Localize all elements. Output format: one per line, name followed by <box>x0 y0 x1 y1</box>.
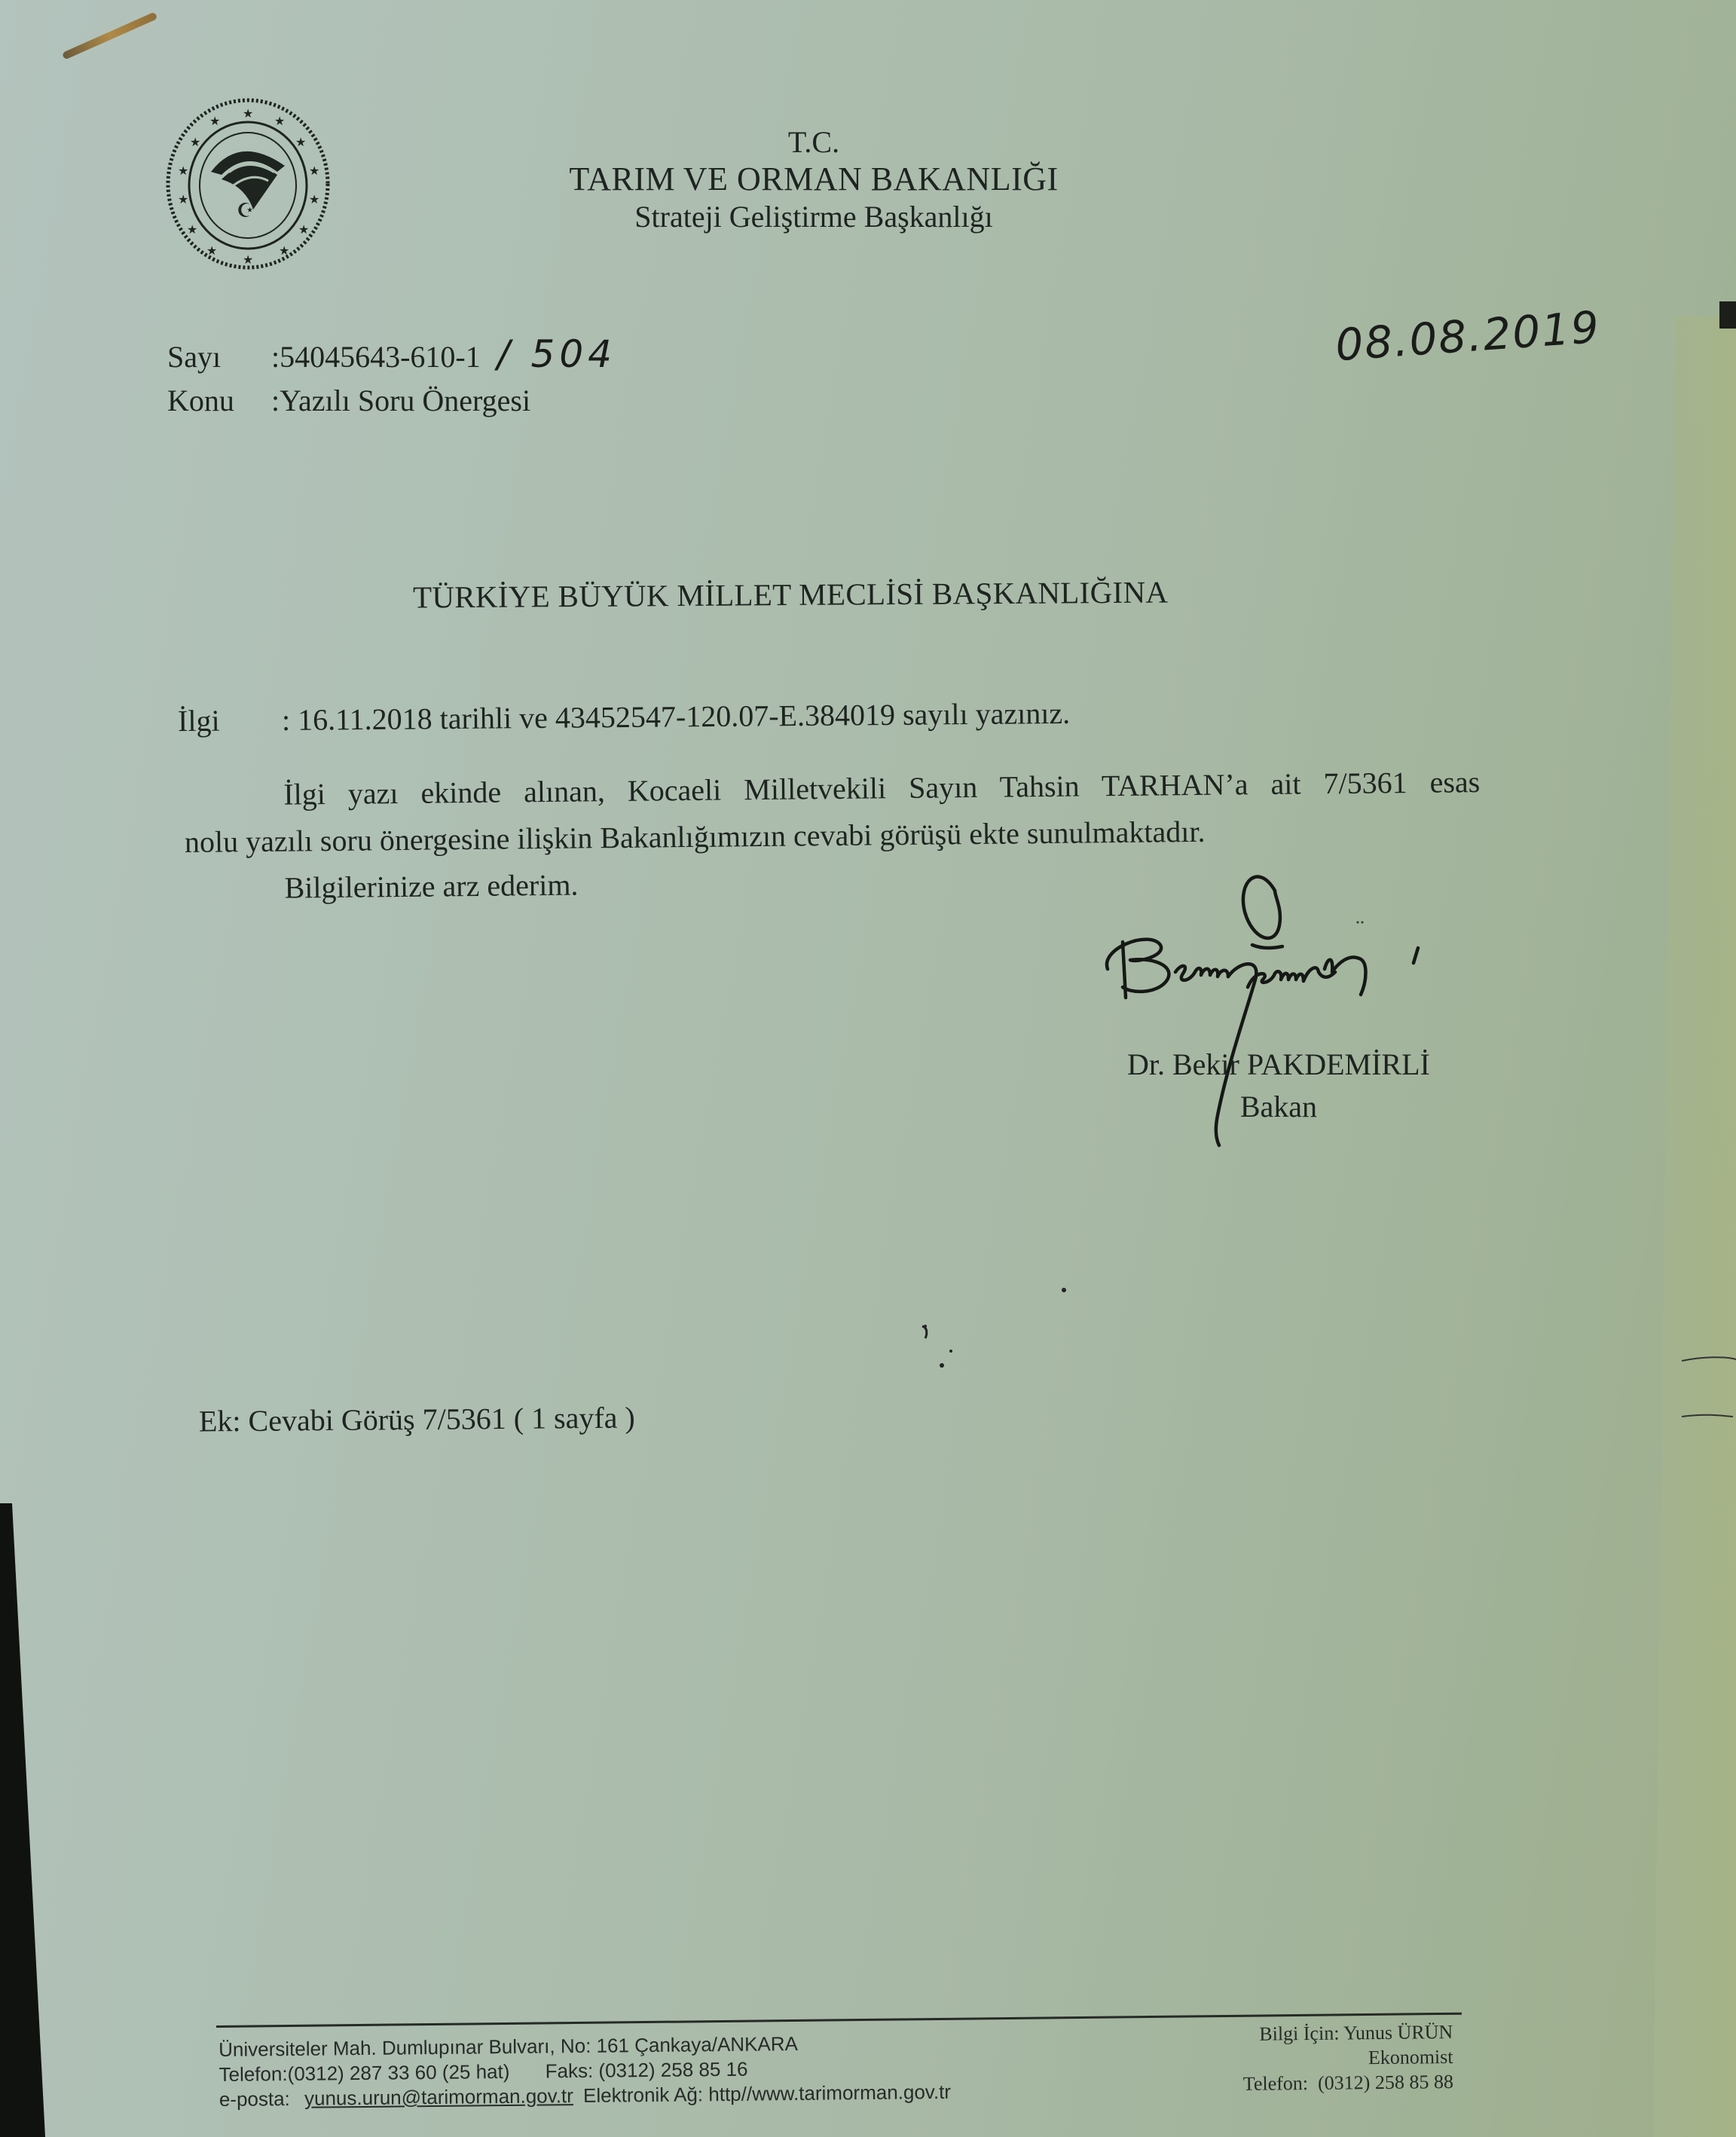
footer-email-label: e-posta: <box>219 2087 290 2111</box>
info-contact-name: Bilgi İçin: Yunus ÜRÜN <box>1221 2019 1453 2047</box>
footer-email-link[interactable]: yunus.urun@tarimorman.gov.tr <box>304 2084 573 2110</box>
footer-fax: Faks: (0312) 258 85 16 <box>546 2058 748 2083</box>
footer-info-contact: Bilgi İçin: Yunus ÜRÜN Ekonomist Telefon… <box>1221 2019 1453 2096</box>
info-contact-title: Ekonomist <box>1221 2044 1453 2071</box>
info-contact-phone: Telefon: (0312) 258 85 88 <box>1221 2069 1453 2096</box>
footer-phone: Telefon:(0312) 287 33 60 (25 hat) <box>219 2060 509 2086</box>
paper-specks <box>0 0 1736 2137</box>
footer-contact: Üniversiteler Mah. Dumlupınar Bulvarı, N… <box>219 2030 951 2112</box>
footer-web-label: Elektronik Ağ: <box>583 2083 703 2107</box>
footer-web-link[interactable]: http//www.tarimorman.gov.tr <box>708 2080 951 2105</box>
